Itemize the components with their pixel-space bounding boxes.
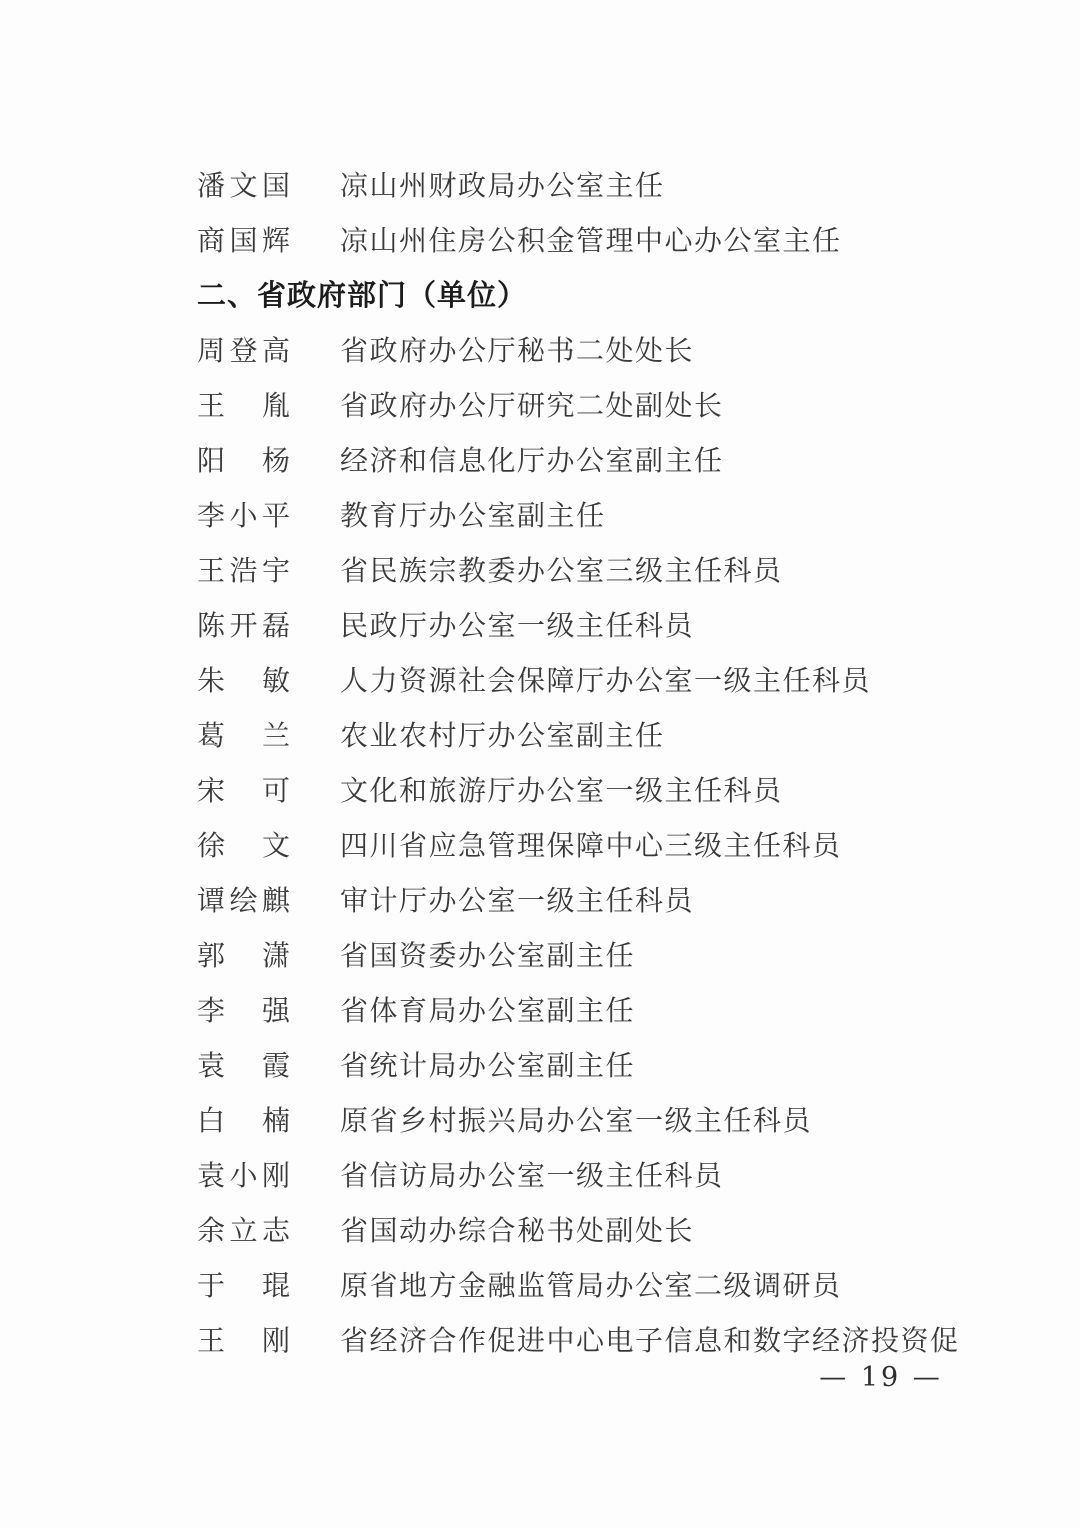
person-name: 王浩宇 [197, 543, 290, 598]
list-item: 李小平教育厅办公室副主任 [197, 488, 960, 543]
list-item: 白楠原省乡村振兴局办公室一级主任科员 [197, 1093, 960, 1148]
person-title: 审计厅办公室一级主任科员 [340, 873, 694, 928]
list-item: 宋可文化和旅游厅办公室一级主任科员 [197, 763, 960, 818]
person-name: 于琨 [197, 1258, 290, 1313]
document-page: 潘文国凉山州财政局办公室主任商国辉凉山州住房公积金管理中心办公室主任 二、省政府… [0, 0, 1080, 1527]
list-item: 余立志省国动办综合秘书处副处长 [197, 1203, 960, 1258]
list-item: 阳杨经济和信息化厅办公室副主任 [197, 433, 960, 488]
list-item: 于琨原省地方金融监管局办公室二级调研员 [197, 1258, 960, 1313]
person-title: 省国资委办公室副主任 [340, 928, 635, 983]
person-title: 教育厅办公室副主任 [340, 488, 606, 543]
person-name: 袁霞 [197, 1038, 290, 1093]
list-item: 徐文四川省应急管理保障中心三级主任科员 [197, 818, 960, 873]
person-name: 李小平 [197, 488, 290, 543]
person-title: 省民族宗教委办公室三级主任科员 [340, 543, 783, 598]
person-title: 四川省应急管理保障中心三级主任科员 [340, 818, 842, 873]
person-name: 商国辉 [197, 213, 290, 268]
list-item: 李强省体育局办公室副主任 [197, 983, 960, 1038]
person-title: 省体育局办公室副主任 [340, 983, 635, 1038]
roster-list-main: 周登高省政府办公厅秘书二处处长王胤省政府办公厅研究二处副处长阳杨经济和信息化厅办… [197, 323, 960, 1368]
roster-content: 潘文国凉山州财政局办公室主任商国辉凉山州住房公积金管理中心办公室主任 二、省政府… [197, 158, 960, 1368]
person-name: 徐文 [197, 818, 290, 873]
list-item: 谭绘麒审计厅办公室一级主任科员 [197, 873, 960, 928]
section-heading: 二、省政府部门（单位） [197, 268, 960, 323]
list-item: 郭潇省国资委办公室副主任 [197, 928, 960, 983]
person-name: 周登高 [197, 323, 290, 378]
person-title: 农业农村厅办公室副主任 [340, 708, 665, 763]
list-item: 周登高省政府办公厅秘书二处处长 [197, 323, 960, 378]
person-title: 省国动办综合秘书处副处长 [340, 1203, 694, 1258]
person-name: 袁小刚 [197, 1148, 290, 1203]
roster-list-pre: 潘文国凉山州财政局办公室主任商国辉凉山州住房公积金管理中心办公室主任 [197, 158, 960, 268]
person-title: 文化和旅游厅办公室一级主任科员 [340, 763, 783, 818]
person-name: 王刚 [197, 1313, 290, 1368]
list-item: 陈开磊民政厅办公室一级主任科员 [197, 598, 960, 653]
person-title: 凉山州财政局办公室主任 [340, 158, 665, 213]
person-name: 李强 [197, 983, 290, 1038]
person-name: 朱敏 [197, 653, 290, 708]
person-title: 省政府办公厅秘书二处处长 [340, 323, 694, 378]
list-item: 潘文国凉山州财政局办公室主任 [197, 158, 960, 213]
person-title: 民政厅办公室一级主任科员 [340, 598, 694, 653]
person-name: 陈开磊 [197, 598, 290, 653]
person-name: 谭绘麒 [197, 873, 290, 928]
person-name: 葛兰 [197, 708, 290, 763]
person-title: 凉山州住房公积金管理中心办公室主任 [340, 213, 842, 268]
list-item: 王浩宇省民族宗教委办公室三级主任科员 [197, 543, 960, 598]
person-name: 阳杨 [197, 433, 290, 488]
person-title: 省政府办公厅研究二处副处长 [340, 378, 724, 433]
person-title: 原省地方金融监管局办公室二级调研员 [340, 1258, 842, 1313]
person-title: 人力资源社会保障厅办公室一级主任科员 [340, 653, 871, 708]
list-item: 葛兰农业农村厅办公室副主任 [197, 708, 960, 763]
list-item: 朱敏人力资源社会保障厅办公室一级主任科员 [197, 653, 960, 708]
person-name: 潘文国 [197, 158, 290, 213]
list-item: 商国辉凉山州住房公积金管理中心办公室主任 [197, 213, 960, 268]
person-name: 白楠 [197, 1093, 290, 1148]
list-item: 王胤省政府办公厅研究二处副处长 [197, 378, 960, 433]
list-item: 袁小刚省信访局办公室一级主任科员 [197, 1148, 960, 1203]
person-name: 余立志 [197, 1203, 290, 1258]
page-number: — 19 — [806, 1350, 956, 1405]
person-name: 王胤 [197, 378, 290, 433]
person-name: 郭潇 [197, 928, 290, 983]
person-title: 经济和信息化厅办公室副主任 [340, 433, 724, 488]
person-name: 宋可 [197, 763, 290, 818]
person-title: 省统计局办公室副主任 [340, 1038, 635, 1093]
person-title: 省信访局办公室一级主任科员 [340, 1148, 724, 1203]
person-title: 原省乡村振兴局办公室一级主任科员 [340, 1093, 812, 1148]
list-item: 袁霞省统计局办公室副主任 [197, 1038, 960, 1093]
